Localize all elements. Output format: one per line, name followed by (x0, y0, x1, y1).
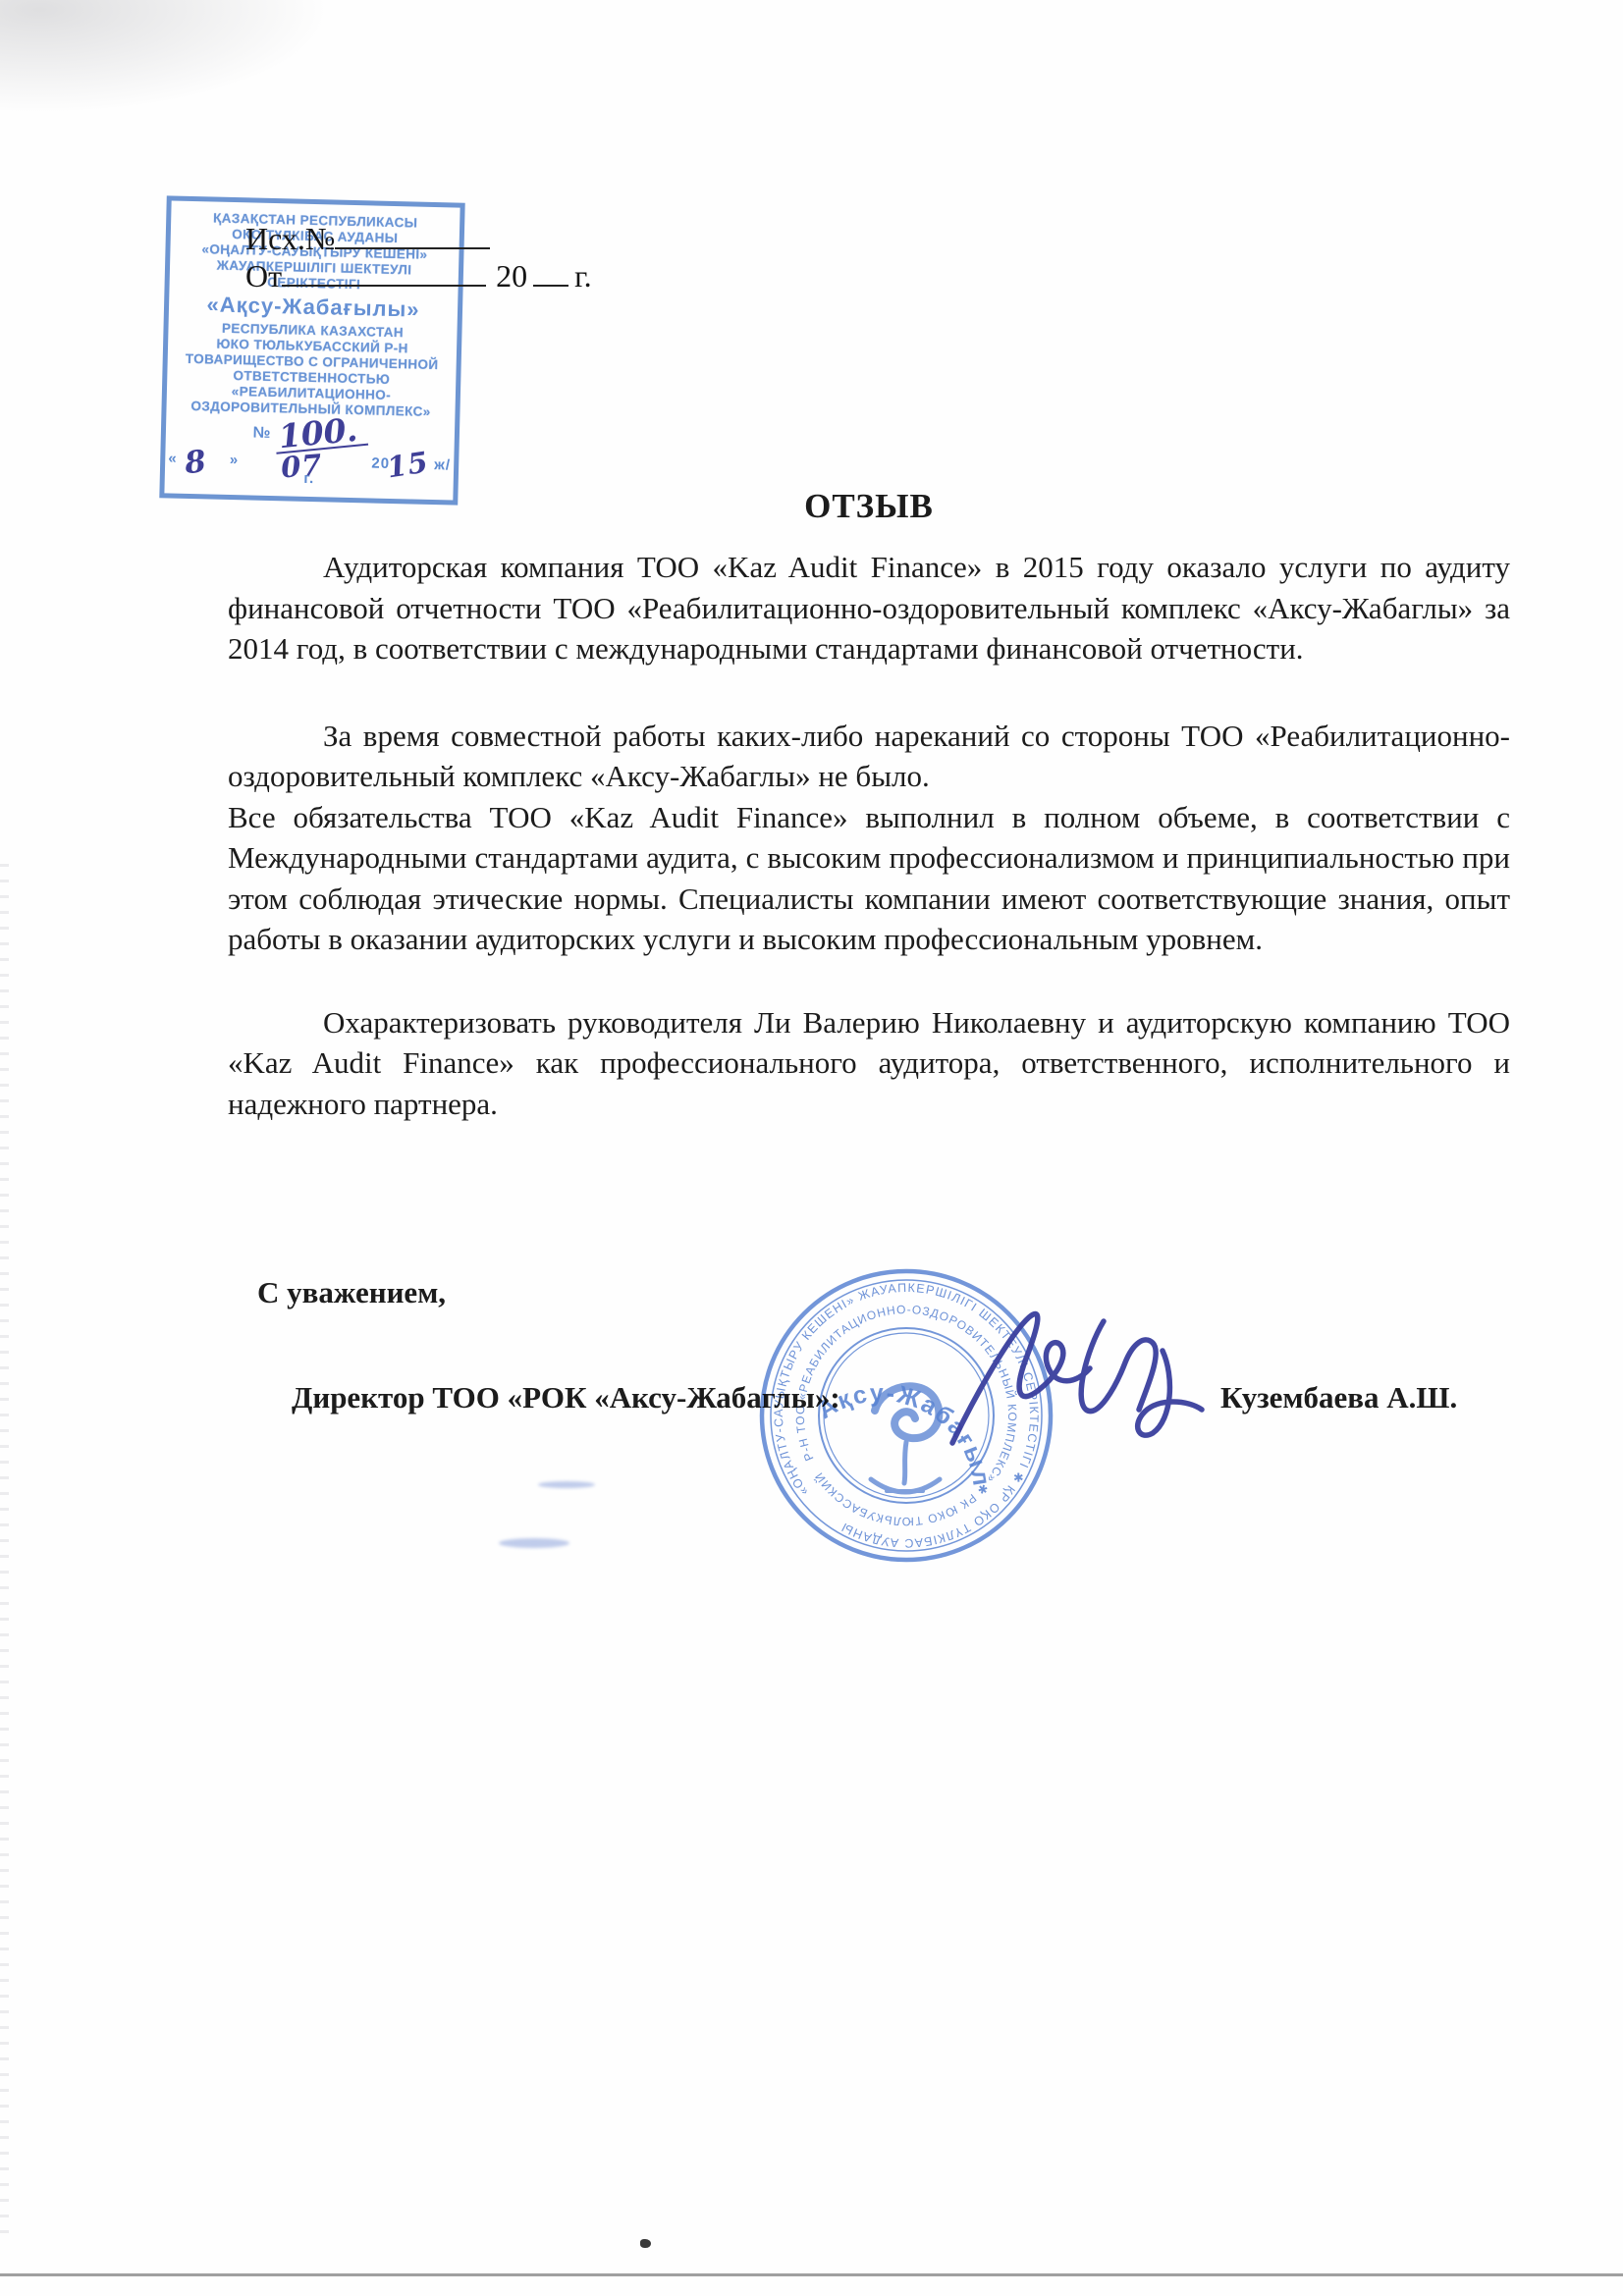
handwritten-month: 07 (280, 448, 324, 484)
year-blank (533, 261, 568, 287)
outgoing-number-blank (335, 224, 490, 249)
handwritten-day: 8 (183, 444, 209, 481)
date-blank (282, 261, 486, 287)
outgoing-number-label: Исх.№ (245, 221, 335, 256)
handwritten-year: 15 (385, 445, 431, 484)
date-row: От20г. (245, 257, 592, 294)
scan-speck (640, 2239, 651, 2248)
ink-smudge (538, 1481, 595, 1488)
date-open-quote: « (168, 450, 178, 466)
date-close-quote: » (230, 452, 240, 468)
signatory-name: Кузембаева А.Ш. (1220, 1380, 1457, 1415)
ink-smudge (499, 1538, 569, 1548)
paragraph: Аудиторская компания ТОО «Kaz Audit Fina… (228, 547, 1510, 669)
scan-edge-ghosting-left (0, 864, 9, 2238)
scan-page-bottom-edge (0, 2273, 1623, 2276)
corner-stamp-date-row: « 8 » 07 20 15 ж/г. (165, 450, 455, 490)
letter-body: Аудиторская компания ТОО «Kaz Audit Fina… (228, 547, 1510, 1124)
corner-stamp-org-name: «Ақсу-Жабағылы» (169, 290, 459, 324)
closing-regards: С уважением, (257, 1275, 446, 1310)
paragraph: За время совместной работы каких-либо на… (228, 716, 1510, 797)
letter-header: Исх.№ От20г. (245, 220, 592, 294)
scan-shading-top-left (0, 0, 511, 216)
signature-strokes (931, 1294, 1255, 1480)
year-prefix: 20 (496, 258, 527, 294)
year-suffix: г. (574, 258, 592, 294)
paragraph: Охарактеризовать руководителя Ли Валерию… (228, 1002, 1510, 1125)
paragraph: Все обязательства ТОО «Kaz Audit Finance… (228, 797, 1510, 960)
outgoing-number-row: Исх.№ (245, 220, 592, 257)
date-from-label: От (245, 258, 282, 294)
director-signature (931, 1294, 1255, 1480)
number-label: № (252, 425, 270, 442)
